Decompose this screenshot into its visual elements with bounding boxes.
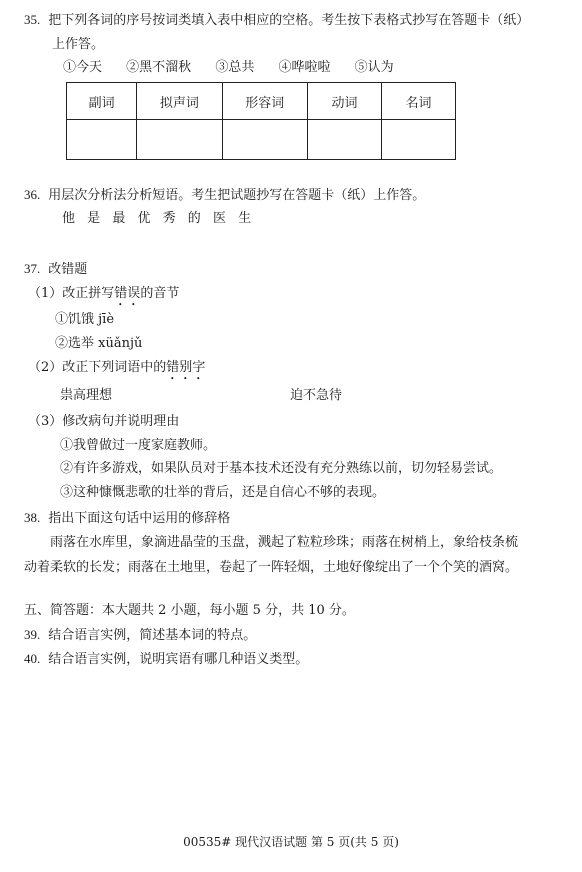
question-37-part-2: （2）改正下列词语中的错别字 [28,360,205,383]
word-option: ①今天 [63,60,102,76]
page-footer: 00535# 现代汉语试题 第 5 页(共 5 页) [0,833,582,850]
question-number: 40. [24,651,40,667]
part-label: （3） [28,414,62,429]
phrase-char: 生 [238,211,251,227]
typo-item: 祟高理想 [60,388,112,404]
phrase-char: 医 [213,211,226,227]
passage-line: 动着柔软的长发；雨落在土地里，卷起了一阵轻烟，土地好像绽出了一个个笑的酒窝。 [24,560,518,576]
part-label: （1） [28,286,62,301]
question-title: 改错题 [48,262,87,277]
question-text: 指出下面这句话中运用的修辞格 [48,511,230,526]
question-number: 39. [24,627,40,643]
passage-line: 雨落在水库里，象滴进晶莹的玉盘，溅起了粒粒珍珠；雨落在树梢上，象给枝条梳 [50,535,518,551]
question-35: 35.把下列各词的序号按词类填入表中相应的空格。考生按下表格式抄写在答题卡（纸） [24,12,529,29]
question-37-part-1: （1）改正拼写错误的音节 [28,286,179,309]
typo-item: 迫不急待 [290,388,342,404]
part-text: 的音节 [140,286,179,301]
phrase-char: 的 [188,211,201,227]
question-37-part-3: （3）修改病句并说明理由 [28,414,179,430]
emphasized-text: 错误 [114,286,140,301]
question-37: 37.改错题 [24,261,87,278]
word-option: ④哗啦啦 [278,60,330,76]
part-text: 改正下列词语中的 [62,360,166,375]
sentence-item: ①我曾做过一度家庭教师。 [60,438,216,454]
part-text: 修改病句并说明理由 [62,414,179,429]
question-number: 36. [24,187,40,203]
question-38: 38.指出下面这句话中运用的修辞格 [24,510,230,527]
question-text: 结合语言实例，说明宾语有哪几种语义类型。 [48,652,308,667]
table-header: 动词 [307,83,381,120]
table-header: 名词 [381,83,455,120]
question-number: 38. [24,510,40,526]
phrase-char: 是 [87,211,100,227]
table-header: 副词 [67,83,137,120]
question-number: 37. [24,261,40,277]
table-header: 形容词 [222,83,307,120]
question-35-continuation: 上作答。 [52,37,104,53]
section-heading: 五、简答题：本大题共 2 小题，每小题 5 分，共 10 分。 [24,603,355,619]
sentence-item: ②有许多游戏，如果队员对于基本技术还没有充分熟练以前，切勿轻易尝试。 [60,461,502,477]
phrase-char: 最 [112,211,125,227]
word-list: ①今天 ②黑不溜秋 ③总共 ④哗啦啦 ⑤认为 [63,60,414,76]
table-cell [137,120,222,160]
question-36: 36.用层次分析法分析短语。考生把试题抄写在答题卡（纸）上作答。 [24,187,425,204]
pinyin-item: ②选举 xüǎnjǔ [55,336,142,352]
phrase-char: 优 [137,211,150,227]
table-cell [67,120,137,160]
question-40: 40.结合语言实例，说明宾语有哪几种语义类型。 [24,651,308,668]
question-text: 用层次分析法分析短语。考生把试题抄写在答题卡（纸）上作答。 [48,188,425,203]
analysis-phrase: 他 是 最 优 秀 的 医 生 [62,211,259,227]
question-39: 39.结合语言实例，简述基本词的特点。 [24,627,256,644]
question-number: 35. [24,12,40,28]
phrase-char: 他 [62,211,75,227]
word-class-table: 副词 拟声词 形容词 动词 名词 [66,82,456,160]
emphasized-text: 错别字 [166,360,205,375]
phrase-char: 秀 [163,211,176,227]
pinyin-item: ①饥饿 jīè [55,312,114,328]
table-row [67,120,456,160]
table-cell [307,120,381,160]
part-label: （2） [28,360,62,375]
table-cell [381,120,455,160]
table-header: 拟声词 [137,83,222,120]
word-option: ⑤认为 [355,60,394,76]
table-cell [222,120,307,160]
word-option: ③总共 [215,60,254,76]
question-text: 结合语言实例，简述基本词的特点。 [48,628,256,643]
question-text: 把下列各词的序号按词类填入表中相应的空格。考生按下表格式抄写在答题卡（纸） [48,13,529,28]
table-header-row: 副词 拟声词 形容词 动词 名词 [67,83,456,120]
sentence-item: ③这种慷慨悲歌的壮举的背后，还是自信心不够的表现。 [60,485,385,501]
word-option: ②黑不溜秋 [126,60,191,76]
part-text: 改正拼写 [62,286,114,301]
